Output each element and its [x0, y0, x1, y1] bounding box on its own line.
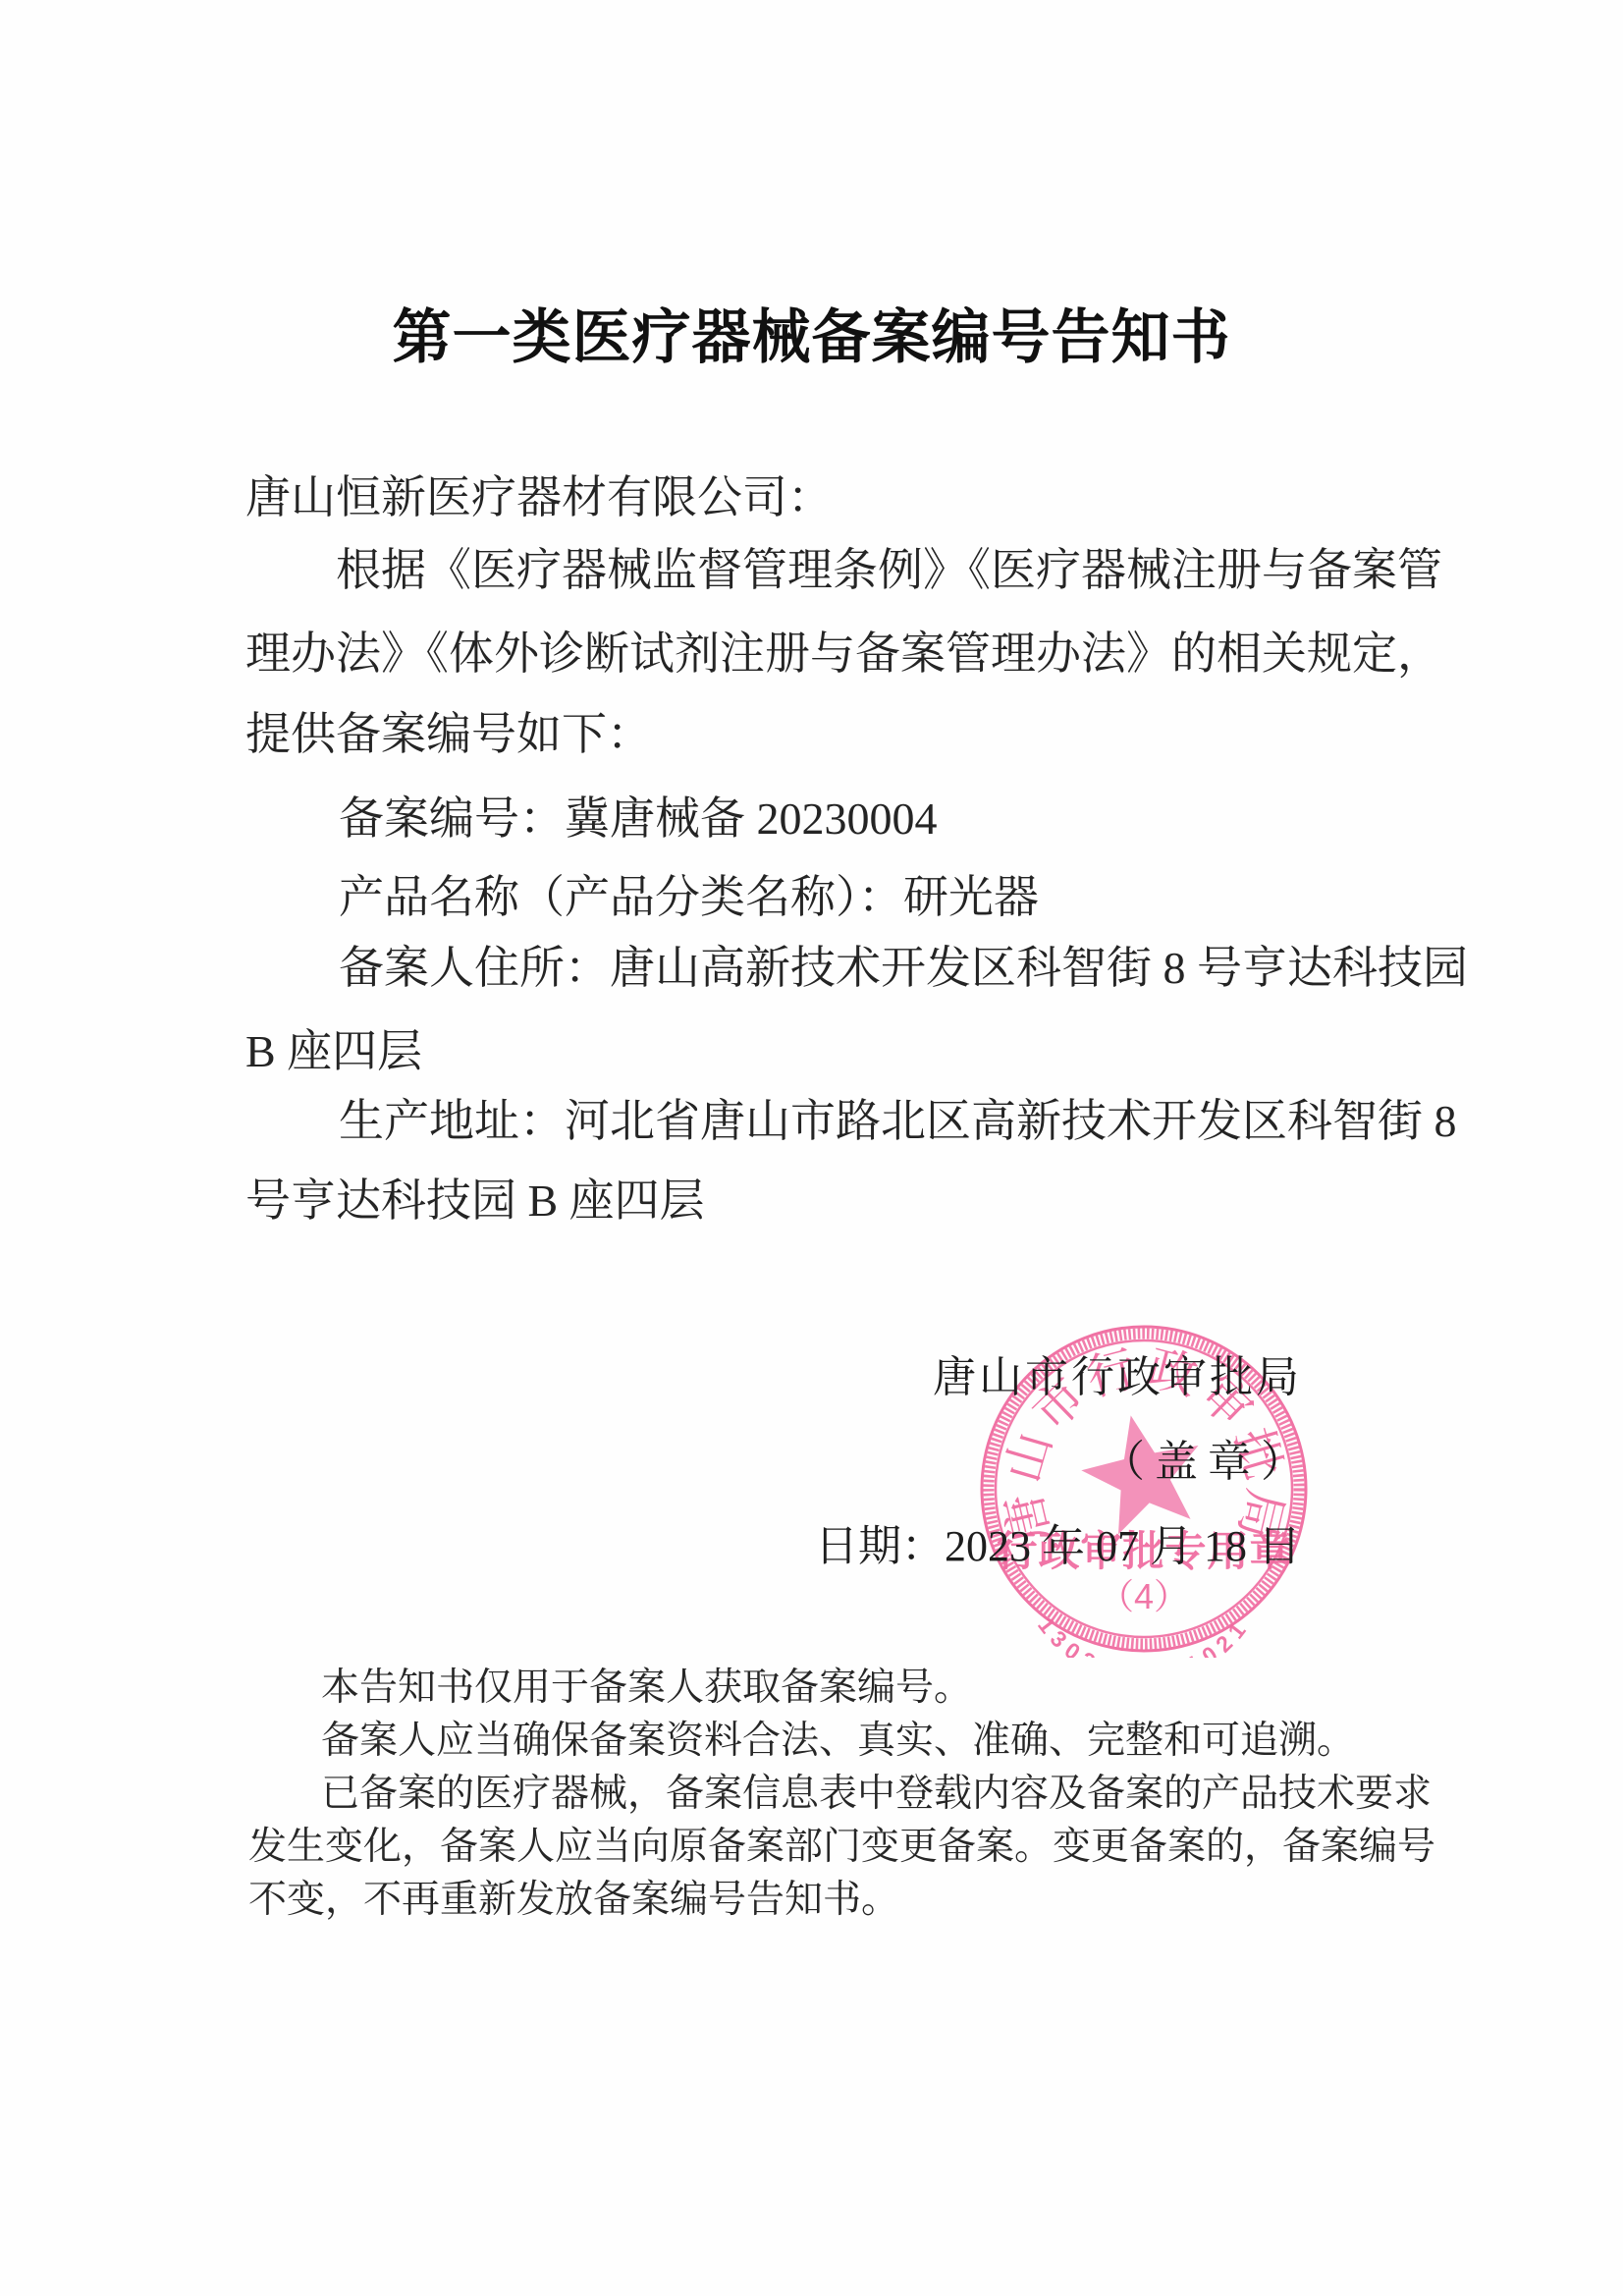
- body-line-3: 提供备案编号如下：: [245, 710, 652, 760]
- footer-note-5: 不变，不再重新发放备案编号告知书。: [248, 1880, 899, 1922]
- salutation: 唐山恒新医疗器材有限公司：: [245, 473, 833, 523]
- seal-note: （盖章）: [1102, 1426, 1314, 1489]
- body-line-2: 理办法》《体外诊断试剂注册与备案管理办法》的相关规定，: [245, 629, 1442, 680]
- issuing-authority: 唐山市行政审批局: [933, 1341, 1302, 1404]
- body-line-1: 根据《医疗器械监督管理条例》《医疗器械注册与备案管: [336, 546, 1442, 596]
- footer-note-2: 备案人应当确保备案资料合法、真实、准确、完整和可追溯。: [321, 1721, 1355, 1763]
- footer-note-3: 已备案的医疗器械，备案信息表中登载内容及备案的产品技术要求: [321, 1774, 1432, 1816]
- notice-document: 第一类医疗器械备案编号告知书 唐山恒新医疗器材有限公司： 根据《医疗器械监督管理…: [0, 0, 1623, 2296]
- footer-note-4: 发生变化，备案人应当向原备案部门变更备案。变更备案的，备案编号: [248, 1827, 1435, 1869]
- seal-number-label: （4）: [1099, 1576, 1189, 1616]
- registrant-address-line-1: 备案人住所：唐山高新技术开发区科智街 8 号亨达科技园: [339, 944, 1468, 994]
- filing-number-line: 备案编号：冀唐械备 20230004: [339, 794, 938, 845]
- production-address-line-1: 生产地址：河北省唐山市路北区高新技术开发区科智街 8: [339, 1097, 1457, 1147]
- footer-note-1: 本告知书仅用于备案人获取备案编号。: [321, 1667, 972, 1710]
- issue-date: 日期：2023 年 07 月 18 日: [815, 1510, 1301, 1573]
- production-address-line-2: 号亨达科技园 B 座四层: [245, 1176, 705, 1227]
- product-name-line: 产品名称（产品分类名称）：研光器: [339, 873, 1039, 923]
- registrant-address-line-2: B 座四层: [245, 1027, 422, 1077]
- page-title: 第一类医疗器械备案编号告知书: [0, 291, 1623, 375]
